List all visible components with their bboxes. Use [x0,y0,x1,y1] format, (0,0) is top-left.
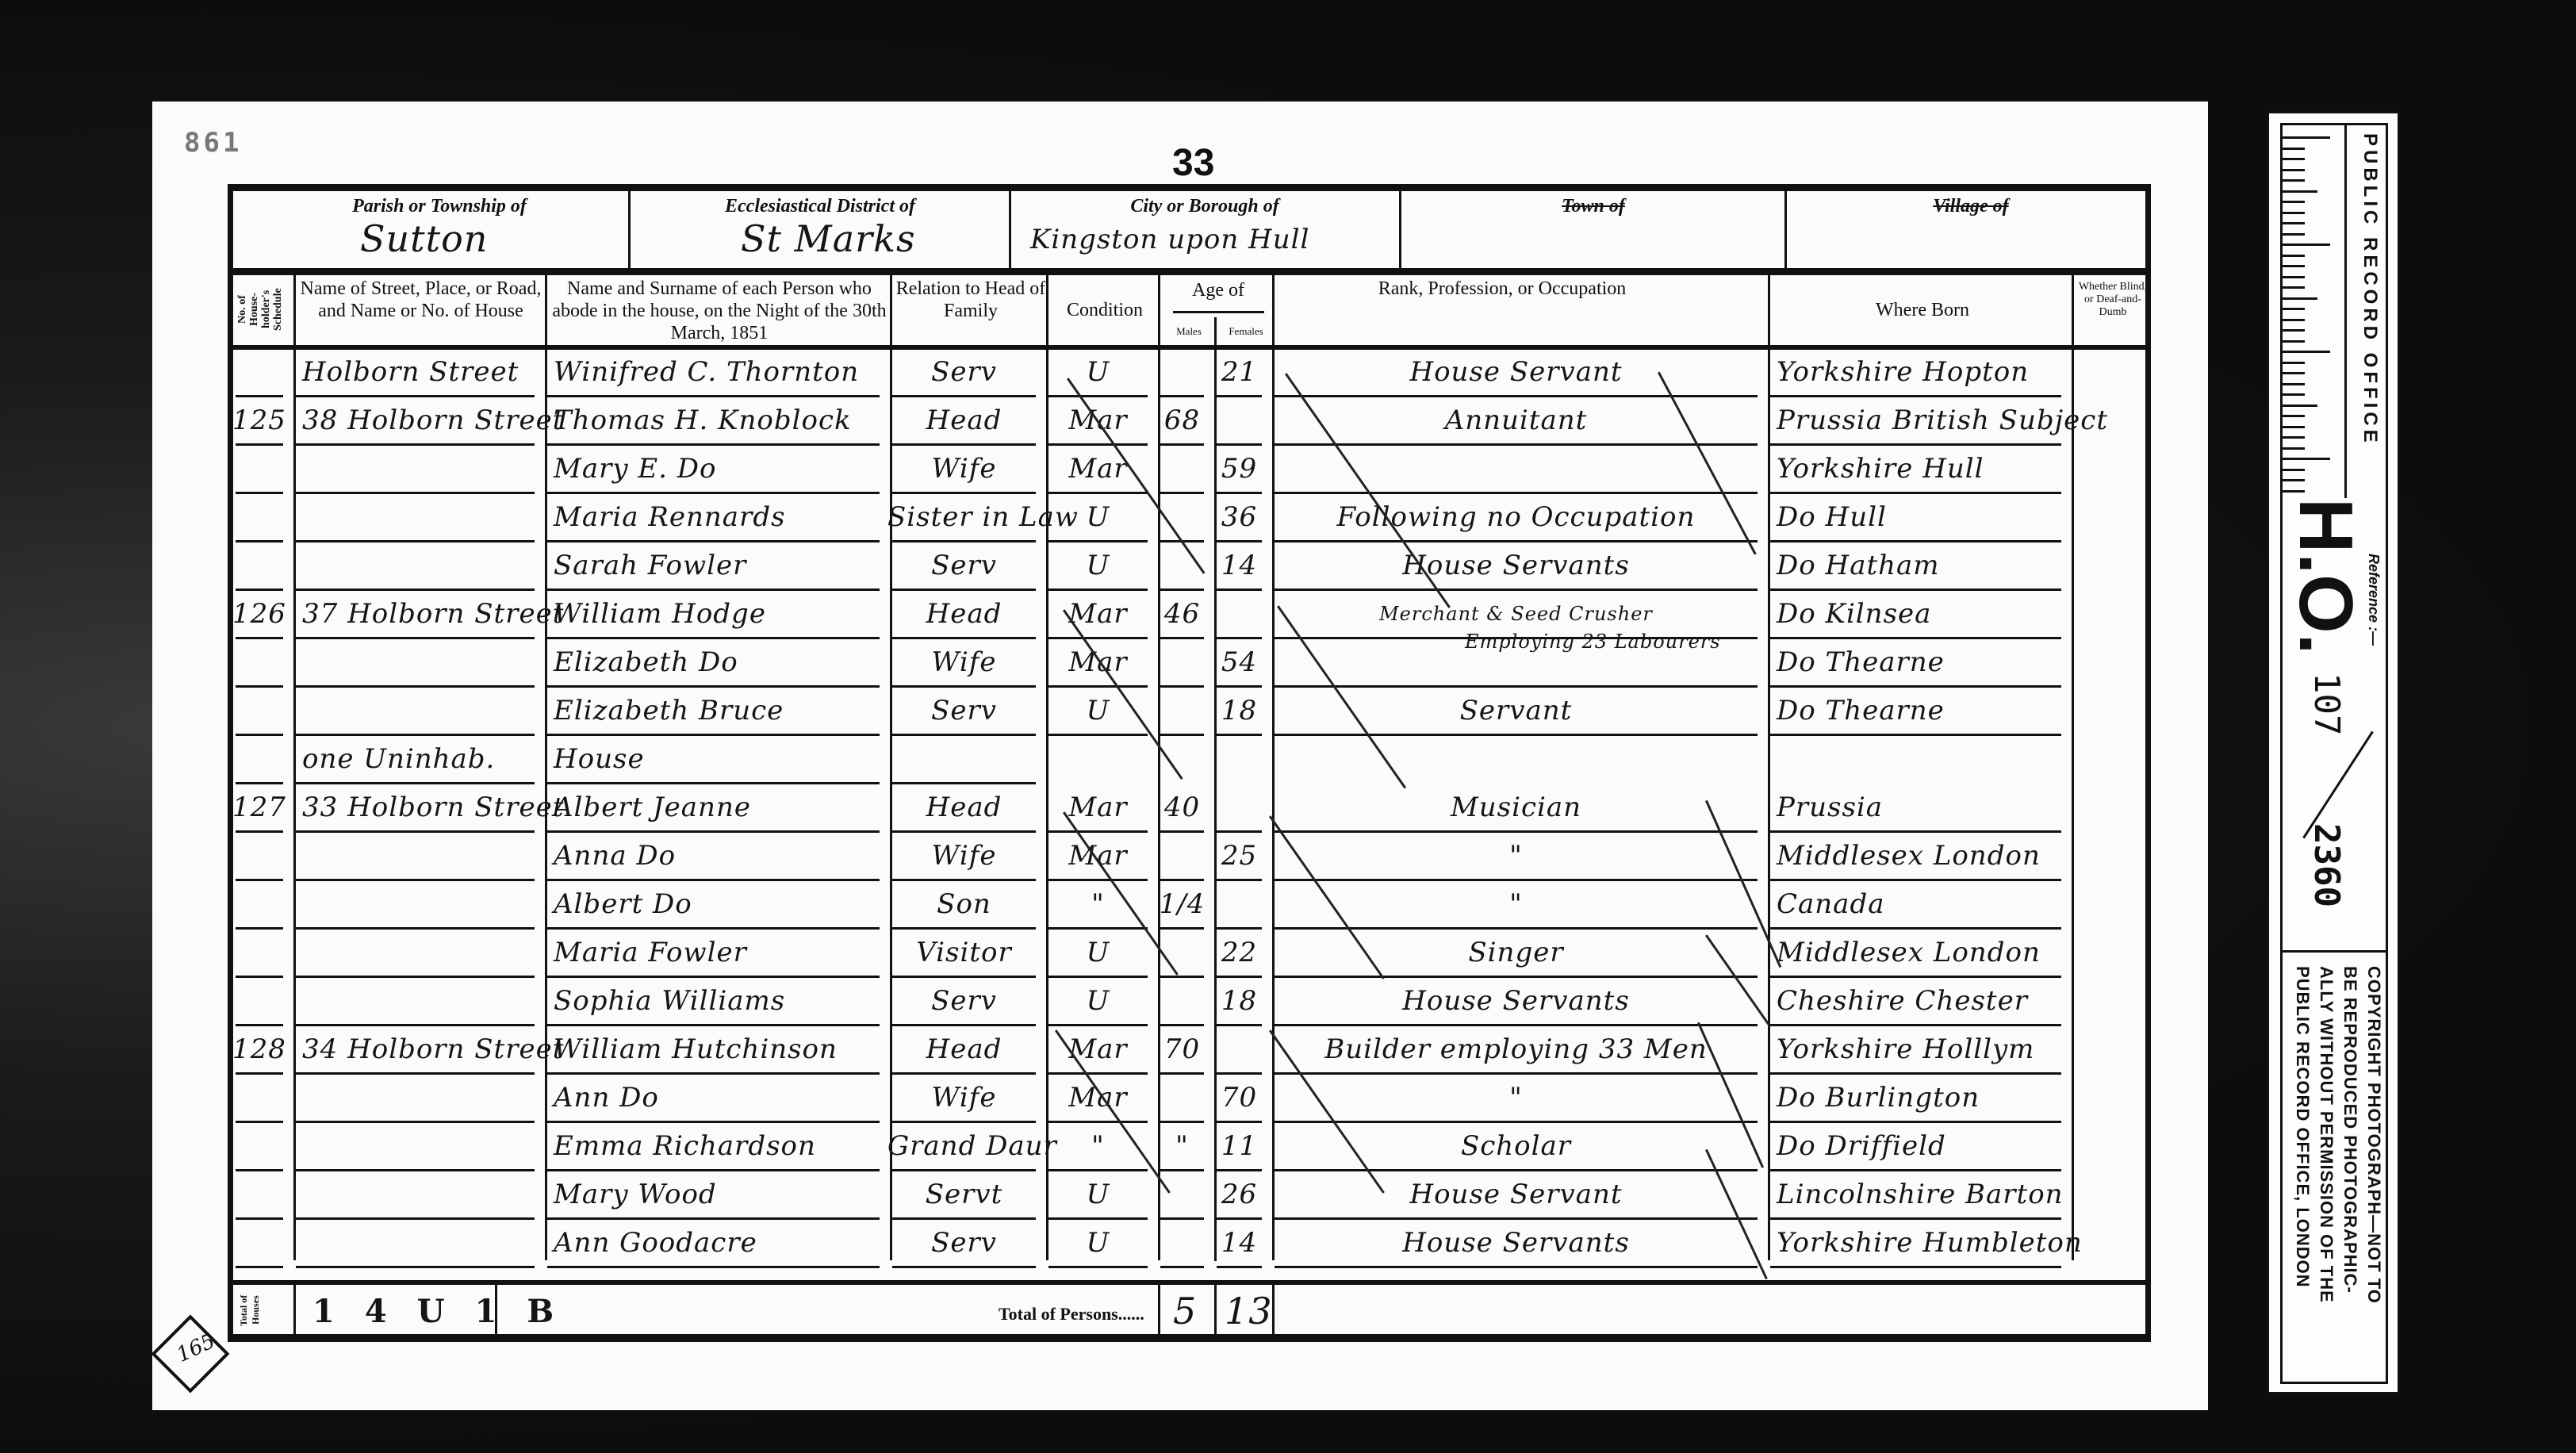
row-rule [892,1072,1036,1075]
ruler-tick [2283,479,2305,481]
ruler-tick [2283,436,2305,439]
cell-condition: U [1044,981,1152,1029]
row-rule [1217,879,1262,881]
row-rule [236,782,283,784]
row-rule [547,1121,880,1123]
row-rule [1275,395,1758,397]
row-rule [1048,540,1148,542]
rule-totals-top [233,1280,2145,1285]
row-rule [1048,1024,1148,1026]
cell-name: Mary Wood [542,1175,884,1223]
cell-female-age [1212,401,1267,449]
row-rule [547,685,880,688]
ruler-tick [2283,447,2305,450]
cell-born: Prussia British Subject [1765,401,2066,449]
cell-relation: Serv [887,546,1041,594]
ruler-tick [2283,351,2330,353]
col-header-occupation: Rank, Profession, or Occupation [1375,278,1629,300]
cell-relation: Head [887,594,1041,642]
parish-label: Parish or Township of [257,195,622,217]
cell-born [1765,739,2066,788]
cell-male-age [1156,836,1209,884]
ruler-tick [2283,169,2305,171]
cell-name: Maria Fowler [542,933,884,981]
ruler-tick [2283,255,2305,257]
row-rule [236,1169,283,1171]
row-rule [1217,685,1262,688]
row-rule [236,879,283,881]
cell-female-age: 25 [1212,836,1267,884]
cell-occupation: Singer [1270,933,1762,981]
row-rule [236,637,283,639]
row-rule [296,637,535,639]
row-rule [1770,976,2061,978]
page-number: 33 [1172,141,1214,185]
row-rule [236,492,283,494]
rule-header-2 [233,345,2145,350]
cell-street: 34 Holborn Street [291,1029,539,1078]
cell-male-age [1156,1078,1209,1126]
ruler-tick [2283,393,2305,396]
cell-born: Prussia [1765,788,2066,836]
cell-female-age: 54 [1212,642,1267,691]
row-rule [547,927,880,930]
row-rule [236,685,283,688]
piece-class: 107 [2306,673,2347,735]
row-rule [892,879,1036,881]
cell-female-age [1212,1029,1267,1078]
row-rule [1160,1072,1204,1075]
ruler-tick [2283,297,2317,300]
row-rule [1770,540,2061,542]
row-rule [236,927,283,930]
cell-name: Elizabeth Bruce [542,691,884,739]
ruler-tick [2283,383,2305,385]
cell-name: Sarah Fowler [542,546,884,594]
row-rule [1160,443,1204,446]
total-houses-label: Total of Houses [238,1288,290,1332]
row-rule [892,976,1036,978]
row-rule [1770,1072,2061,1075]
row-rule [1217,1072,1262,1075]
village-label: Village of [1792,195,2149,217]
cell-occupation: House Servant [1270,1175,1762,1223]
rule-top [233,184,2145,191]
row-rule [547,492,880,494]
cell-relation: Serv [887,691,1041,739]
cell-schedule [231,352,288,401]
row-rule [296,1266,535,1268]
cell-name: Anna Do [542,836,884,884]
cell-condition: Mar [1044,642,1152,691]
row-rule [1048,734,1148,736]
cell-schedule [231,836,288,884]
row-rule [236,830,283,833]
cell-relation: Wife [887,836,1041,884]
cell-schedule [231,981,288,1029]
row-rule [236,1217,283,1220]
row-rule [1217,540,1262,542]
cell-occupation [1270,642,1762,691]
total-males: 5 [1173,1290,1197,1332]
cell-relation: Wife [887,642,1041,691]
col-header-males: Males [1161,325,1217,337]
cell-street [291,691,539,739]
divider [1009,189,1011,270]
row-rule [547,588,880,591]
ecclesiastical-label: Ecclesiastical District of [638,195,1002,217]
rule-header-1 [233,268,2145,275]
cell-schedule [231,1078,288,1126]
cell-condition: U [1044,933,1152,981]
row-rule [892,830,1036,833]
row-rule [236,734,283,736]
row-rule [1048,1217,1148,1220]
row-rule [1217,395,1262,397]
row-rule [1048,1169,1148,1171]
cell-female-age [1212,739,1267,788]
cell-name: Mary E. Do [542,449,884,497]
row-rule [296,443,535,446]
cell-schedule [231,1126,288,1175]
row-rule [1160,1169,1204,1171]
ruler-tick [2283,490,2305,493]
row-rule [1217,492,1262,494]
cell-female-age: 18 [1212,691,1267,739]
row-rule [1217,927,1262,930]
cell-condition: U [1044,352,1152,401]
cell-schedule: 125 [231,401,288,449]
ruler-tick [2283,426,2305,428]
row-rule [1770,492,2061,494]
row-rule [296,395,535,397]
row-rule [1217,976,1262,978]
row-rule [296,879,535,881]
cell-schedule [231,1223,288,1271]
cell-name: Ann Goodacre [542,1223,884,1271]
cell-schedule [231,642,288,691]
row-rule [1217,443,1262,446]
ruler-tick [2283,404,2317,407]
cell-condition: " [1044,884,1152,933]
row-rule [892,395,1036,397]
cell-street [291,1126,539,1175]
row-rule [1048,830,1148,833]
cell-name: William Hutchinson [542,1029,884,1078]
cell-born: Cheshire Chester [1765,981,2066,1029]
cell-male-age [1156,352,1209,401]
row-rule [296,1024,535,1026]
cell-occupation [1270,739,1762,788]
cell-male-age: 70 [1156,1029,1209,1078]
row-rule [547,830,880,833]
row-rule [1048,927,1148,930]
row-rule [1160,1121,1204,1123]
cell-schedule [231,497,288,546]
row-rule [1275,1266,1758,1268]
row-rule [1770,395,2061,397]
row-rule [1770,1121,2061,1123]
ruler-tick [2283,362,2305,364]
col-header-street: Name of Street, Place, or Road, and Name… [297,278,545,322]
cell-relation: Serv [887,981,1041,1029]
col-header-condition: Condition [1049,299,1160,321]
cell-born: Lincolnshire Barton [1765,1175,2066,1223]
row-rule [1770,830,2061,833]
col-header-age-of: Age of [1161,279,1275,301]
row-rule [1217,734,1262,736]
cell-street [291,1175,539,1223]
row-rule [1160,879,1204,881]
cell-male-age [1156,449,1209,497]
cell-street: 38 Holborn Street [291,401,539,449]
row-rule [1275,1121,1758,1123]
cell-relation: Grand Daur [887,1126,1041,1175]
cell-condition: Mar [1044,594,1152,642]
row-rule [547,540,880,542]
row-rule [1048,443,1148,446]
row-rule [1770,734,2061,736]
row-rule [1160,976,1204,978]
cell-condition: U [1044,1175,1152,1223]
cell-name: Albert Do [542,884,884,933]
row-rule [296,976,535,978]
row-rule [1217,588,1262,591]
cell-male-age [1156,981,1209,1029]
cell-condition: Mar [1044,449,1152,497]
row-rule [547,443,880,446]
cell-name: William Hodge [542,594,884,642]
row-rule [1048,588,1148,591]
age-rule [1173,311,1264,313]
row-rule [547,1266,880,1268]
ruler-tick [2283,458,2330,460]
row-rule [1160,395,1204,397]
col-header-schedule: No. of House-holder's Schedule [236,278,293,341]
cell-relation: Serv [887,352,1041,401]
row-rule [1048,1266,1148,1268]
row-rule [236,1121,283,1123]
row-rule [1770,588,2061,591]
row-rule [1770,443,2061,446]
row-rule [1770,927,2061,930]
cell-occupation: " [1270,836,1762,884]
cell-street [291,449,539,497]
city-value: Kingston upon Hull [1030,224,1309,255]
row-rule [296,927,535,930]
cell-occupation: " [1270,884,1762,933]
cell-male-age [1156,1223,1209,1271]
cell-female-age: 26 [1212,1175,1267,1223]
cell-schedule [231,546,288,594]
row-rule [1048,1072,1148,1075]
col-header-females: Females [1217,325,1275,337]
copyright-notice: COPYRIGHT PHOTOGRAPH—NOT TO BE REPRODUCE… [2290,966,2386,1304]
cell-street [291,933,539,981]
row-rule [1275,492,1758,494]
row-rule [547,395,880,397]
row-rule [1275,1072,1758,1075]
cell-street [291,836,539,884]
row-rule [1048,395,1148,397]
row-rule [236,395,283,397]
row-rule [547,879,880,881]
cell-female-age: 70 [1212,1078,1267,1126]
cell-female-age: 14 [1212,1223,1267,1271]
row-rule [1217,830,1262,833]
row-rule [296,685,535,688]
row-rule [1048,976,1148,978]
cell-relation: Head [887,1029,1041,1078]
row-rule [892,1024,1036,1026]
row-rule [296,1217,535,1220]
cell-name: House [542,739,884,788]
divider [1784,189,1787,270]
row-rule [1275,1217,1758,1220]
cell-condition: " [1044,1126,1152,1175]
ruler-tick [2283,136,2330,139]
row-rule [547,1217,880,1220]
row-rule [296,540,535,542]
row-rule [547,1169,880,1171]
row-rule [547,637,880,639]
cell-male-age: 68 [1156,401,1209,449]
cell-relation: Serv [887,1223,1041,1271]
cell-born: Yorkshire Hull [1765,449,2066,497]
cell-name: Elizabeth Do [542,642,884,691]
cell-relation: Head [887,401,1041,449]
pro-reference-label: PUBLIC RECORD OFFICE Reference :— H.O. 1… [2267,111,2400,1394]
cell-female-age: 18 [1212,981,1267,1029]
cell-born: Do Hull [1765,497,2066,546]
row-rule [1770,1024,2061,1026]
row-rule [1160,492,1204,494]
row-rule [1048,492,1148,494]
row-rule [236,1266,283,1268]
cell-schedule: 128 [231,1029,288,1078]
ruler-tick [2283,201,2305,203]
class-code: H.O. [2294,498,2357,654]
row-rule [1217,1266,1262,1268]
city-label: City or Borough of [1018,195,1391,217]
ruler-tick [2283,265,2305,267]
ruler-tick [2283,158,2305,160]
ruler-tick [2283,308,2305,310]
row-rule [1160,637,1204,639]
cell-born: Do Thearne [1765,691,2066,739]
row-rule [1217,1169,1262,1171]
cell-female-age: 11 [1212,1126,1267,1175]
cell-schedule [231,449,288,497]
row-rule [296,830,535,833]
cell-name: Maria Rennards [542,497,884,546]
row-rule [1275,685,1758,688]
row-rule [892,588,1036,591]
cell-female-age [1212,788,1267,836]
cell-male-age [1156,691,1209,739]
row-rule [892,1217,1036,1220]
row-rule [892,1266,1036,1268]
ruler-tick [2283,469,2305,471]
cell-name: Sophia Williams [542,981,884,1029]
col-header-relation: Relation to Head of Family [894,278,1048,322]
ruler-tick [2283,222,2305,224]
cell-street [291,1078,539,1126]
row-rule [296,1121,535,1123]
row-rule [236,1024,283,1026]
cell-name: Thomas H. Knoblock [542,401,884,449]
cell-occupation: Musician [1270,788,1762,836]
row-rule [547,1024,880,1026]
ruler-tick [2283,329,2305,332]
row-rule [236,588,283,591]
row-rule [1275,879,1758,881]
cell-occupation: House Servants [1270,546,1762,594]
row-rule [1048,685,1148,688]
ruler-tick [2283,276,2305,278]
row-rule [1160,927,1204,930]
cell-occupation: " [1270,1078,1762,1126]
cell-born: Do Burlington [1765,1078,2066,1126]
cell-male-age: 40 [1156,788,1209,836]
cell-female-age: 14 [1212,546,1267,594]
ruler-tick [2283,372,2305,374]
cell-name: Albert Jeanne [542,788,884,836]
parish-value: Sutton [360,217,488,260]
row-rule [1048,1121,1148,1123]
row-rule [236,976,283,978]
cell-street [291,884,539,933]
cell-street [291,546,539,594]
row-rule [1160,1024,1204,1026]
cell-born: Middlesex London [1765,836,2066,884]
row-rule [1770,637,2061,639]
row-rule [236,540,283,542]
row-rule [547,782,880,784]
row-rule [236,1072,283,1075]
row-rule [547,734,880,736]
cell-condition: Mar [1044,788,1152,836]
ruler-tick [2283,243,2330,246]
town-label: Town of [1407,195,1780,217]
cell-schedule [231,691,288,739]
cell-male-age [1156,497,1209,546]
row-rule [547,1072,880,1075]
row-rule [296,588,535,591]
cell-born: Yorkshire Humbleton [1765,1223,2066,1271]
cell-occupation: Annuitant [1270,401,1762,449]
cell-male-age [1156,739,1209,788]
cell-street: 37 Holborn Street [291,594,539,642]
row-rule [296,1072,535,1075]
cell-female-age: 21 [1212,352,1267,401]
label-divider [2283,950,2386,953]
cell-name: Emma Richardson [542,1126,884,1175]
cell-female-age [1212,594,1267,642]
cell-street [291,1223,539,1271]
row-rule [236,443,283,446]
cell-street [291,981,539,1029]
measurement-ruler [2283,125,2347,498]
cell-born: Yorkshire Holllym [1765,1029,2066,1078]
ruler-tick [2283,148,2305,150]
cell-born: Yorkshire Hopton [1765,352,2066,401]
cell-relation: Wife [887,1078,1041,1126]
row-rule [1275,976,1758,978]
ruler-tick [2283,179,2305,182]
rule-bottom [233,1334,2145,1342]
cell-born: Do Thearne [1765,642,2066,691]
